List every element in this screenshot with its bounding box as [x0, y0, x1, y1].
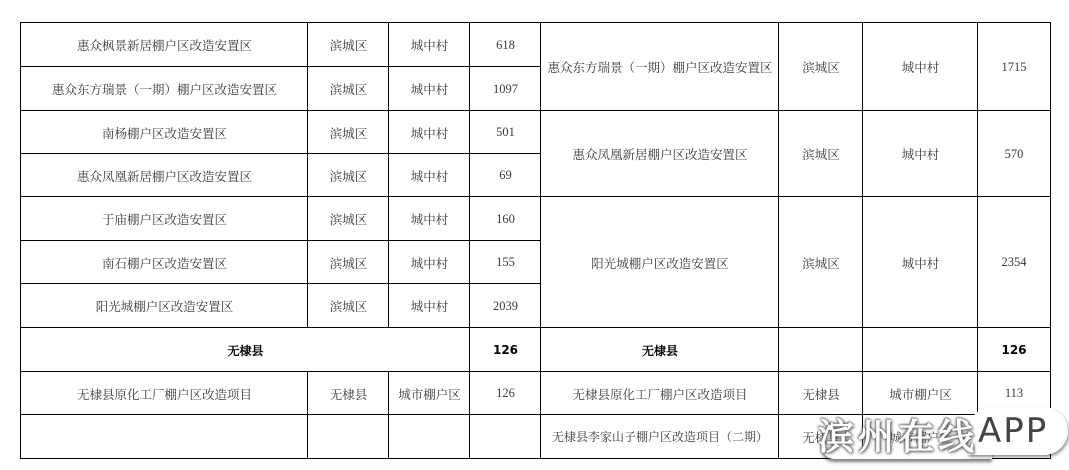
left-project-name: 南杨棚户区改造安置区	[20, 110, 309, 155]
right-subtotal-label: 无棣县	[540, 327, 780, 373]
left-district: 滨城区	[307, 240, 390, 285]
left-count: 618	[469, 22, 542, 68]
left-type: 城中村	[388, 66, 471, 112]
left-count: 160	[469, 196, 542, 242]
right-district: 无棣县	[778, 414, 864, 459]
right-district: 滨城区	[778, 196, 864, 329]
left-count: 501	[469, 110, 542, 155]
left-project-name: 无棣县原化工厂棚户区改造项目	[20, 371, 309, 416]
left-count: 2039	[469, 283, 542, 329]
left-count: 1097	[469, 66, 542, 112]
left-district: 滨城区	[307, 153, 390, 198]
left-project-name: 阳光城棚户区改造安置区	[20, 283, 309, 329]
right-project-name: 惠众东方瑞景（一期）棚户区改造安置区	[540, 22, 780, 112]
left-project-name	[20, 414, 309, 459]
left-project-name: 惠众东方瑞景（一期）棚户区改造安置区	[20, 66, 309, 112]
left-project-name: 于庙棚户区改造安置区	[20, 196, 309, 242]
right-project-name: 阳光城棚户区改造安置区	[540, 196, 780, 329]
housing-renovation-table: 惠众枫景新居棚户区改造安置区 滨城区 城中村 618 惠众东方瑞景（一期）棚户区…	[20, 22, 1051, 458]
right-type: 城中村	[862, 22, 979, 112]
right-type: 城中村	[862, 196, 979, 329]
left-type: 城中村	[388, 283, 471, 329]
left-count	[469, 414, 542, 459]
left-project-name: 惠众枫景新居棚户区改造安置区	[20, 22, 309, 68]
left-district: 无棣县	[307, 371, 390, 416]
right-subtotal-district	[778, 327, 864, 373]
left-project-name: 惠众凤凰新居棚户区改造安置区	[20, 153, 309, 198]
left-district	[307, 414, 390, 459]
right-subtotal-count: 126	[977, 327, 1051, 373]
right-count: 2354	[977, 196, 1051, 329]
left-type: 城市棚户区	[388, 371, 471, 416]
left-subtotal-label: 无棣县	[20, 327, 471, 373]
right-count: 570	[977, 110, 1051, 198]
right-type: 城市棚户区	[862, 414, 979, 459]
right-project-name: 无棣县李家山子棚户区改造项目（二期）	[540, 414, 780, 459]
left-subtotal-count: 126	[469, 327, 542, 373]
left-district: 滨城区	[307, 110, 390, 155]
right-type: 城中村	[862, 110, 979, 198]
left-count: 126	[469, 371, 542, 416]
left-district: 滨城区	[307, 66, 390, 112]
left-count: 69	[469, 153, 542, 198]
right-project-name: 无棣县原化工厂棚户区改造项目	[540, 371, 780, 416]
right-count: 1715	[977, 22, 1051, 112]
right-project-name: 惠众凤凰新居棚户区改造安置区	[540, 110, 780, 198]
right-district: 滨城区	[778, 22, 864, 112]
left-count: 155	[469, 240, 542, 285]
left-district: 滨城区	[307, 283, 390, 329]
right-district: 滨城区	[778, 110, 864, 198]
left-type: 城中村	[388, 196, 471, 242]
left-type: 城中村	[388, 110, 471, 155]
right-subtotal-type	[862, 327, 979, 373]
left-type	[388, 414, 471, 459]
right-district: 无棣县	[778, 371, 864, 416]
left-district: 滨城区	[307, 196, 390, 242]
left-type: 城中村	[388, 22, 471, 68]
left-project-name: 南石棚户区改造安置区	[20, 240, 309, 285]
right-count: 113	[977, 371, 1051, 416]
left-type: 城中村	[388, 240, 471, 285]
right-type: 城市棚户区	[862, 371, 979, 416]
left-district: 滨城区	[307, 22, 390, 68]
right-count	[977, 414, 1051, 459]
left-type: 城中村	[388, 153, 471, 198]
